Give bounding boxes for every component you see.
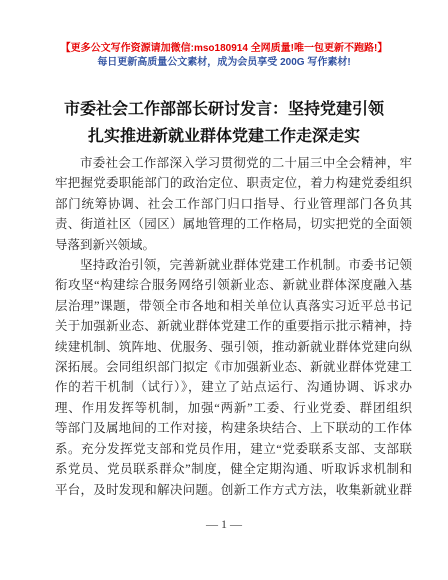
- ad-line-red: 【更多公文写作资源请加微信:mso180914 全网质量!唯一包更新不跑路!】: [0, 42, 448, 56]
- body-text-line: 市委社会工作部深入学习贯彻党的二十届三中全会精神，牢: [55, 153, 412, 173]
- document-title: 市委社会工作部部长研讨发言：坚持党建引领扎实推进新就业群体党建工作走深走实: [30, 96, 418, 150]
- header-ad: 【更多公文写作资源请加微信:mso180914 全网质量!唯一包更新不跑路!】 …: [0, 42, 448, 70]
- body-text-line: 牢把握党委职能部门的政治定位、职责定位，着力构建党委组织: [55, 173, 412, 193]
- body-text-line: 等部门及属地间的工作对接，构建条块结合、上下联动的工作体: [55, 418, 412, 438]
- body-text-line: 责、街道社区（园区）属地管理的工作格局，切实把党的全面领: [55, 214, 412, 234]
- body-text-line: 衔攻坚“构建综合服务网络引领新业态、新就业群体深度融入基: [55, 275, 412, 295]
- page-number: — 1 —: [0, 517, 448, 532]
- body-text-line: 理、作用发挥等机制，加强“两新”工委、行业党委、群团组织: [55, 398, 412, 418]
- title-line-2: 扎实推进新就业群体党建工作走深走实: [88, 128, 360, 145]
- title-line-1: 市委社会工作部部长研讨发言：坚持党建引领: [64, 101, 384, 118]
- body-text-line: 平台，及时发现和解决问题。创新工作方式方法，收集新就业群: [55, 480, 412, 500]
- document-page: 【更多公文写作资源请加微信:mso180914 全网质量!唯一包更新不跑路!】 …: [0, 0, 448, 580]
- body-text-line: 作的若干机制（试行）》，建立了站点运行、沟通协调、诉求办: [55, 377, 412, 397]
- body-text-line: 深拓展。会同组织部门拟定《市加强新业态、新就业群体党建工: [55, 357, 412, 377]
- ad-line-blue: 每日更新高质量公文素材，成为会员享受 200G 写作素材!: [0, 56, 448, 70]
- document-body: 市委社会工作部深入学习贯彻党的二十届三中全会精神，牢牢把握党委职能部门的政治定位…: [55, 153, 412, 500]
- body-text-line: 导落到新兴领域。: [55, 235, 412, 255]
- body-text-line: 层治理”课题，带领全市各地和相关单位认真落实习近平总书记: [55, 296, 412, 316]
- body-text-line: 部门统筹协调、社会工作部门归口指导、行业管理部门各负其: [55, 194, 412, 214]
- body-text-line: 坚持政治引领，完善新就业群体党建工作机制。市委书记领: [55, 255, 412, 275]
- body-text-line: 续建机制、筑阵地、优服务、强引领，推动新就业群体党建向纵: [55, 337, 412, 357]
- body-text-line: 系。充分发挥党支部和党员作用，建立“党委联系支部、支部联: [55, 439, 412, 459]
- body-text-line: 系党员、党员联系群众”制度，健全定期沟通、听取诉求机制和: [55, 459, 412, 479]
- body-text-line: 关于加强新业态、新就业群体党建工作的重要指示批示精神，持: [55, 316, 412, 336]
